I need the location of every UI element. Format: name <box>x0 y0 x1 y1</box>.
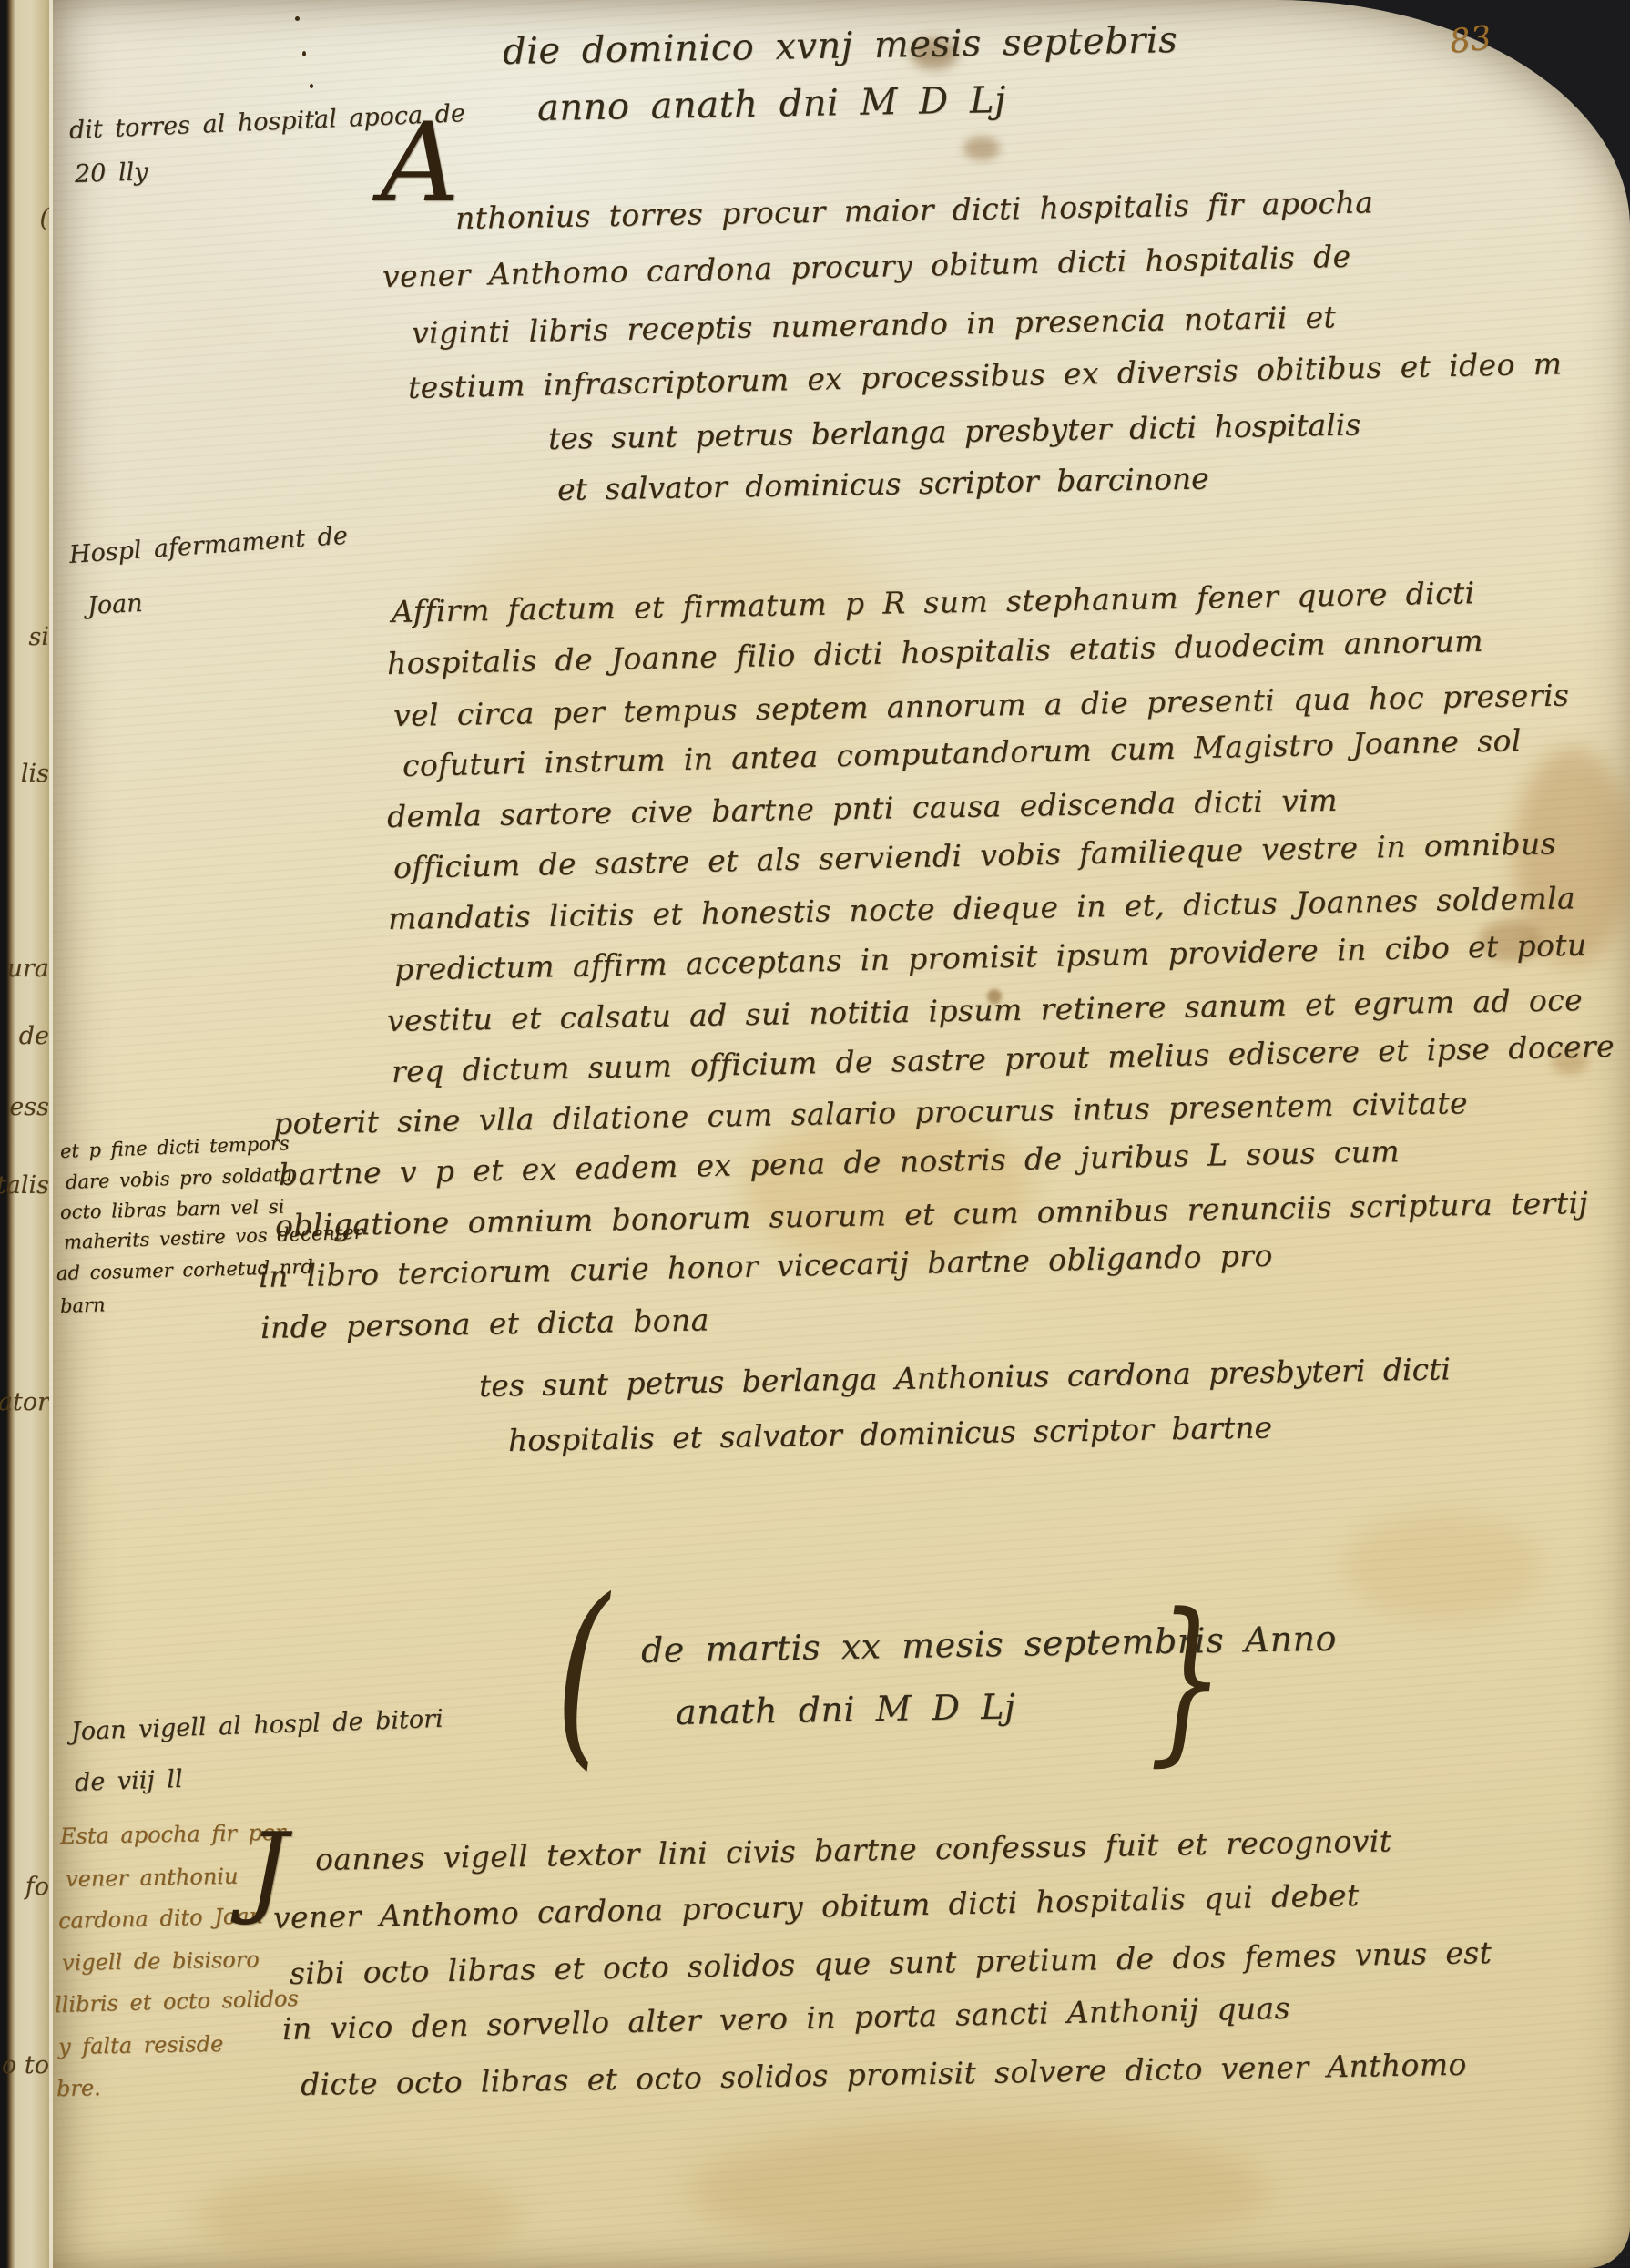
previous-page-edge: ( si lis ura de ess talis ator fo no to <box>0 0 55 2268</box>
initial-capital: A <box>381 120 460 208</box>
body-line: obligatione omnium bonorum suorum et cum… <box>275 1185 1589 1243</box>
witness-line: et salvator dominicus scriptor barcinone <box>557 461 1209 507</box>
body-line: inde persona et dicta bona <box>260 1302 709 1345</box>
opening-brace: ( <box>555 1574 609 1773</box>
witness-line: hospitalis et salvator dominicus scripto… <box>508 1409 1273 1458</box>
witness-line: tes sunt petrus berlanga presbyter dicti… <box>548 406 1361 456</box>
edge-text-fragment: lis <box>21 760 49 788</box>
folio-number: 83 <box>1448 19 1493 61</box>
body-line: demla sartore cive bartne pnti causa edi… <box>387 782 1339 834</box>
side-note-line: maherits vestire vos decenter <box>64 1221 363 1253</box>
initial-capital: J <box>248 1829 288 1909</box>
edge-text-fragment: ( <box>39 204 49 232</box>
margin-note-vigell: vener anthoniu <box>66 1864 239 1892</box>
side-note-line: barn <box>60 1293 106 1317</box>
edge-text-fragment: de <box>19 1022 49 1050</box>
heading-line: die dominico xvnj mesis septebris <box>503 19 1178 73</box>
body-line: in libro terciorum curie honor vicecarij… <box>259 1238 1273 1294</box>
body-line: vener Anthomo cardona procury obitum dic… <box>382 239 1351 294</box>
closing-brace: } <box>1149 1590 1225 1768</box>
body-line: mandatis licitis et honestis nocte diequ… <box>388 880 1576 936</box>
heading-line: anno anath dni M D Lj <box>537 79 1007 129</box>
date-line: de martis xx mesis septembris Anno <box>641 1619 1338 1670</box>
edge-text-fragment: ator <box>0 1388 49 1416</box>
margin-title-vigell: de viij ll <box>74 1765 183 1797</box>
margin-note-vigell: llibris et octo solidos <box>55 1986 299 2018</box>
margin-note-vigell: vigell de bisisoro <box>62 1946 260 1976</box>
edge-text-fragment: ura <box>7 955 49 983</box>
ink-spot <box>310 84 313 88</box>
body-line: predictum affirm acceptans in promisit i… <box>394 927 1587 987</box>
ink-spot <box>302 51 306 56</box>
side-note-line: dare vobis pro soldata <box>66 1163 293 1193</box>
body-line: req dictum suum officium de sastre prout… <box>392 1028 1615 1089</box>
body-line: in vico den sorvello alter vero in porta… <box>282 1990 1291 2047</box>
edge-text-fragment: no to <box>0 2051 49 2079</box>
stain <box>687 2122 1269 2259</box>
paper-page: 83 die dominico xvnj mesis septebris ann… <box>49 0 1630 2268</box>
edge-text-fragment: si <box>29 623 50 651</box>
margin-note-vigell: cardona dito Joan <box>58 1903 264 1934</box>
body-line: cofuturi instrum in antea computandorum … <box>402 722 1523 783</box>
body-line: vener Anthomo cardona procury obitum dic… <box>273 1877 1360 1936</box>
margin-note-torres: 20 lly <box>74 158 148 189</box>
body-line: hospitalis de Joanne filio dicti hospita… <box>387 623 1484 681</box>
witness-line: tes sunt petrus berlanga Anthonius cardo… <box>479 1351 1452 1404</box>
body-line: vestitu et calsatu ad sui notitia ipsum … <box>387 982 1584 1038</box>
margin-note-afermament: Joan <box>87 589 143 620</box>
ink-smudge <box>963 137 1000 160</box>
margin-note-vigell: y falta resisde <box>58 2031 224 2059</box>
edge-text-fragment: talis <box>0 1171 49 1200</box>
body-line: viginti libris receptis numerando in pre… <box>412 299 1337 351</box>
body-line: bartne v p et ex eadem ex pena de nostri… <box>279 1133 1401 1192</box>
page-fold-highlight <box>49 0 53 2268</box>
edge-text-fragment: ess <box>9 1093 49 1121</box>
body-line: oannes vigell textor lini civis bartne c… <box>315 1823 1392 1877</box>
margin-note-afermament: Hospl afermament de <box>68 522 349 569</box>
body-line: nthonius torres procur maior dicti hospi… <box>455 184 1374 236</box>
body-line: dicte octo libras et octo solidos promis… <box>301 2047 1467 2102</box>
body-line: sibi octo libras et octo solidos que sun… <box>290 1935 1492 1991</box>
stain <box>195 2168 523 2268</box>
body-line: officium de sastre et als serviendi vobi… <box>393 825 1557 885</box>
body-line: testium infrascriptorum ex processibus e… <box>408 345 1563 405</box>
ink-spot <box>295 16 300 21</box>
edge-text-fragment: fo <box>25 1873 49 1901</box>
side-note-line: octo libras barn vel si <box>60 1196 285 1223</box>
stain <box>1342 1512 1543 1621</box>
margin-title-vigell: Joan vigell al hospl de bitori <box>70 1705 443 1746</box>
body-line: poterit sine vlla dilatione cum salario … <box>273 1085 1469 1141</box>
date-line: anath dni M D Lj <box>676 1686 1016 1732</box>
margin-note-vigell: bre. <box>56 2075 101 2101</box>
side-note-line: et p fine dicti tempors <box>60 1132 290 1162</box>
body-line: Affirm factum et firmatum p R sum stepha… <box>392 575 1475 629</box>
manuscript-scan: ( si lis ura de ess talis ator fo no to … <box>0 0 1630 2268</box>
